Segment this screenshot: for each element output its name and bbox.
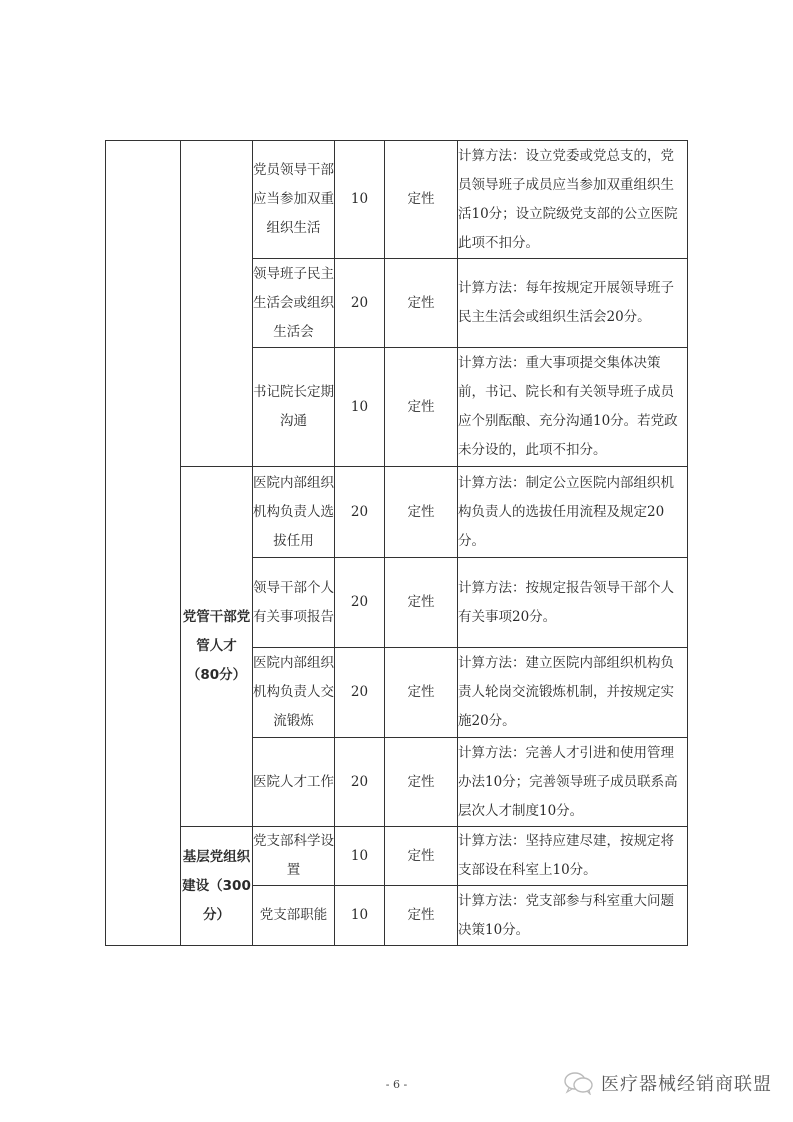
score-cell: 20 <box>335 558 385 648</box>
type-cell: 定性 <box>385 738 458 827</box>
item-cell: 医院人才工作 <box>253 738 335 827</box>
type-cell: 定性 <box>385 467 458 558</box>
category-cadre-talent: 党管干部党管人才（80分） <box>181 467 253 827</box>
item-cell: 领导班子民主生活会或组织生活会 <box>253 259 335 348</box>
item-cell: 医院内部组织机构负责人交流锻炼 <box>253 648 335 738</box>
level2-category-cell <box>181 141 253 467</box>
table-row: 党管干部党管人才（80分） 医院内部组织机构负责人选拔任用 20 定性 计算方法… <box>106 467 688 558</box>
type-cell: 定性 <box>385 558 458 648</box>
item-cell: 党支部职能 <box>253 886 335 946</box>
score-cell: 20 <box>335 648 385 738</box>
method-cell: 计算方法：完善人才引进和使用管理办法10分；完善领导班子成员联系高层次人才制度1… <box>458 738 688 827</box>
evaluation-table: 党员领导干部应当参加双重组织生活 10 定性 计算方法：设立党委或党总支的，党员… <box>105 140 688 946</box>
score-cell: 10 <box>335 886 385 946</box>
item-cell: 党员领导干部应当参加双重组织生活 <box>253 141 335 259</box>
type-cell: 定性 <box>385 259 458 348</box>
type-cell: 定性 <box>385 827 458 886</box>
method-cell: 计算方法：坚持应建尽建，按规定将支部设在科室上10分。 <box>458 827 688 886</box>
item-cell: 党支部科学设置 <box>253 827 335 886</box>
score-cell: 10 <box>335 348 385 467</box>
score-cell: 10 <box>335 827 385 886</box>
method-cell: 计算方法：重大事项提交集体决策前，书记、院长和有关领导班子成员应个别酝酿、充分沟… <box>458 348 688 467</box>
level1-category-cell <box>106 141 181 946</box>
item-cell: 领导干部个人有关事项报告 <box>253 558 335 648</box>
type-cell: 定性 <box>385 141 458 259</box>
method-cell: 计算方法：设立党委或党总支的，党员领导班子成员应当参加双重组织生活10分；设立院… <box>458 141 688 259</box>
item-cell: 书记院长定期沟通 <box>253 348 335 467</box>
score-cell: 10 <box>335 141 385 259</box>
score-cell: 20 <box>335 467 385 558</box>
watermark: 医疗器械经销商联盟 <box>563 1070 772 1096</box>
watermark-text: 医疗器械经销商联盟 <box>601 1070 772 1096</box>
table-row: 基层党组织建设（300分） 党支部科学设置 10 定性 计算方法：坚持应建尽建，… <box>106 827 688 886</box>
method-cell: 计算方法：党支部参与科室重大问题决策10分。 <box>458 886 688 946</box>
table-row: 党员领导干部应当参加双重组织生活 10 定性 计算方法：设立党委或党总支的，党员… <box>106 141 688 259</box>
method-cell: 计算方法：制定公立医院内部组织机构负责人的选拔任用流程及规定20分。 <box>458 467 688 558</box>
method-cell: 计算方法：建立医院内部组织机构负责人轮岗交流锻炼机制，并按规定实施20分。 <box>458 648 688 738</box>
type-cell: 定性 <box>385 886 458 946</box>
category-grassroots: 基层党组织建设（300分） <box>181 827 253 946</box>
score-cell: 20 <box>335 738 385 827</box>
item-cell: 医院内部组织机构负责人选拔任用 <box>253 467 335 558</box>
score-cell: 20 <box>335 259 385 348</box>
method-cell: 计算方法：每年按规定开展领导班子民主生活会或组织生活会20分。 <box>458 259 688 348</box>
method-cell: 计算方法：按规定报告领导干部个人有关事项20分。 <box>458 558 688 648</box>
type-cell: 定性 <box>385 648 458 738</box>
wechat-icon <box>563 1071 595 1095</box>
type-cell: 定性 <box>385 348 458 467</box>
